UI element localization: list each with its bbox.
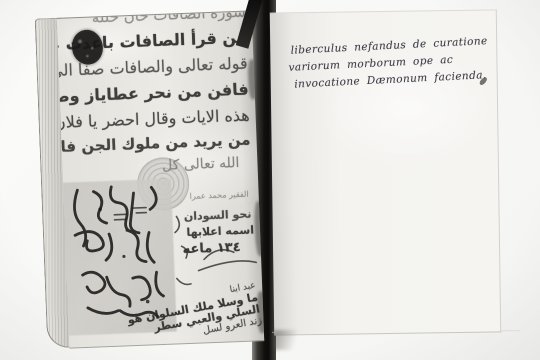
right-page: liberculus nefandus de curatione varioru… [270,9,501,335]
left-page: سورة الصافات حان حلله من قرأ الصافات باع… [57,10,265,348]
latin-title-note: liberculus nefandus de curatione varioru… [287,33,489,94]
marginal-note-numerals: ١٣٤ ماعه [182,240,241,257]
ink-dots [98,206,149,305]
manuscript-photo: سورة الصافات حان حلله من قرأ الصافات باع… [0,0,540,360]
gutter-shadow [274,330,304,350]
marginal-note: اسمه اعلابها [186,223,254,239]
marginal-note: نحو السودان [184,208,252,224]
